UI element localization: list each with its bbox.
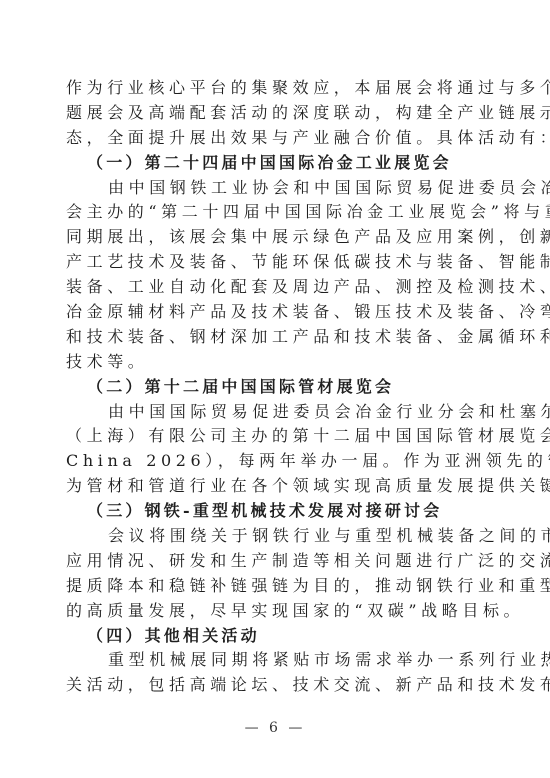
paragraph-line: 的高质量发展，尽早实现国家的“双碳”战略目标。 bbox=[66, 599, 486, 624]
paragraph-line: 应用情况、研发和生产制造等相关问题进行广泛的交流研讨，以 bbox=[66, 549, 486, 574]
paragraph-line: 会主办的“第二十四届中国国际冶金工业展览会”将与重型机械展 bbox=[66, 200, 486, 225]
document-page: 作为行业核心平台的集聚效应，本届展会将通过与多个上下游专 题展会及高端配套活动的… bbox=[66, 76, 486, 698]
section-heading-3: （三）钢铁-重型机械技术发展对接研讨会 bbox=[66, 499, 486, 524]
paragraph-line: 产工艺技术及装备、节能环保低碳技术与装备、智能制造技术与 bbox=[66, 250, 486, 275]
paragraph-line: 由中国国际贸易促进委员会冶金行业分会和杜塞尔多夫展览 bbox=[66, 400, 486, 425]
paragraph-line: 和技术装备、钢材深加工产品和技术装备、金属循环利用设备及 bbox=[66, 325, 486, 350]
paragraph-line: 关活动，包括高端论坛、技术交流、新产品和技术发布会、供需 bbox=[66, 673, 486, 698]
intro-line: 作为行业核心平台的集聚效应，本届展会将通过与多个上下游专 bbox=[66, 76, 486, 101]
section-heading-1: （一）第二十四届中国国际冶金工业展览会 bbox=[66, 151, 486, 176]
page-number: — 6 — bbox=[0, 720, 550, 736]
paragraph-line: China 2026），每两年举办一届。作为亚洲领先的管材专业展览会， bbox=[66, 449, 486, 474]
paragraph-line: 同期展出，该展会集中展示绿色产品及应用案例，创新性钢铁生 bbox=[66, 225, 486, 250]
paragraph-line: 由中国钢铁工业协会和中国国际贸易促进委员会冶金行业分 bbox=[66, 176, 486, 201]
paragraph-line: 会议将围绕关于钢铁行业与重型机械装备之间的市场需求、 bbox=[66, 524, 486, 549]
paragraph-line: （上海）有限公司主办的第十二届中国国际管材展览会（Tube bbox=[66, 424, 486, 449]
paragraph-line: 为管材和管道行业在各个领域实现高质量发展提供关键支撑。 bbox=[66, 474, 486, 499]
paragraph-line: 装备、工业自动化配套及周边产品、测控及检测技术、工业安防、 bbox=[66, 275, 486, 300]
paragraph-line: 技术等。 bbox=[66, 350, 486, 375]
intro-line: 题展会及高端配套活动的深度联动，构建全产业链展示与交流生 bbox=[66, 101, 486, 126]
paragraph-line: 重型机械展同期将紧贴市场需求举办一系列行业热点话题相 bbox=[66, 648, 486, 673]
section-heading-4: （四）其他相关活动 bbox=[66, 624, 486, 649]
paragraph-line: 冶金原辅材料产品及技术装备、锻压技术及装备、冷弯型钢产品 bbox=[66, 300, 486, 325]
section-heading-2: （二）第十二届中国国际管材展览会 bbox=[66, 375, 486, 400]
paragraph-line: 提质降本和稳链补链强链为目的，推动钢铁行业和重型机械行业 bbox=[66, 574, 486, 599]
intro-line: 态，全面提升展出效果与产业融合价值。具体活动有： bbox=[66, 126, 486, 151]
